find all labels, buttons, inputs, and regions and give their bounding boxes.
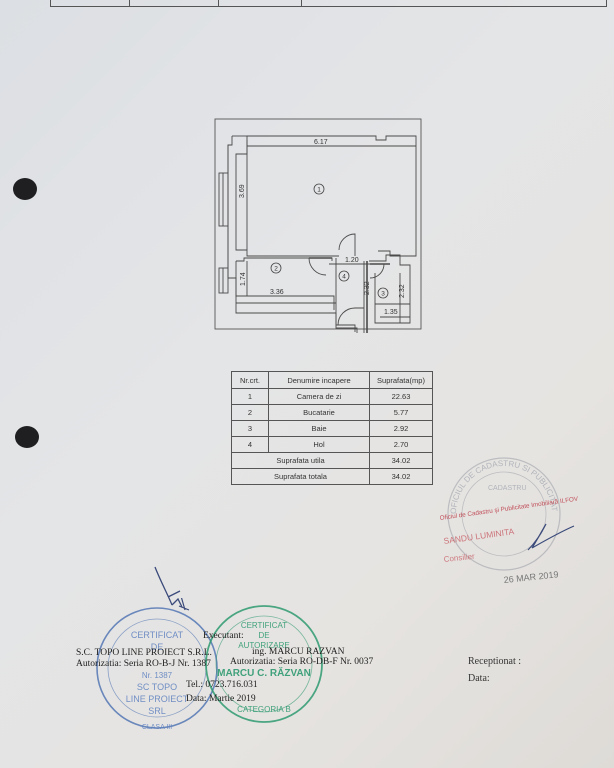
row-name: Bucatarie (269, 405, 370, 421)
row-name: Camera de zi (269, 389, 370, 405)
executant-label: Executant: (203, 631, 244, 641)
row-nr: 3 (232, 421, 269, 437)
dim-height-room1: 3.69 (239, 184, 246, 198)
signature (150, 565, 190, 615)
executant-engineer-auth: Autorizatia: Seria RO-DB-F Nr. 0037 (230, 657, 373, 667)
header-area: Suprafata(mp) (370, 372, 433, 389)
executant-company: S.C. TOPO LINE PROIECT S.R.L. (76, 648, 212, 658)
row-area: 5.77 (370, 405, 433, 421)
top-table-cell (302, 0, 606, 6)
total-row: Suprafata totala 34.02 (232, 469, 433, 485)
top-table-cell (51, 0, 130, 6)
company-stamp-line: LINE PROIECT (126, 694, 189, 704)
ocpi-role: Consilier (443, 552, 475, 564)
executant-engineer: ing. MARCU RAZVAN (252, 647, 344, 657)
punch-hole (13, 178, 37, 200)
person-stamp-line: CERTIFICAT (241, 621, 287, 630)
person-stamp-name: MARCU C. RĂZVAN (217, 666, 311, 679)
table-row: 2 Bucatarie 5.77 (232, 405, 433, 421)
header-nr: Nr.crt. (232, 372, 269, 389)
table-row: 4 Hol 2.70 (232, 437, 433, 453)
row-area: 2.70 (370, 437, 433, 453)
total-label: Suprafata utila (232, 453, 370, 469)
company-stamp-line: CLASA III (142, 724, 172, 731)
row-nr: 1 (232, 389, 269, 405)
top-table-cell (219, 0, 302, 6)
executant-tel: Tel.: 0723.716.031 (186, 680, 258, 690)
total-value: 34.02 (370, 453, 433, 469)
punch-hole (15, 426, 39, 448)
room-label-3: 3 (381, 291, 385, 298)
top-table-cell (130, 0, 219, 6)
total-row: Suprafata utila 34.02 (232, 453, 433, 469)
row-nr: 4 (232, 437, 269, 453)
executant-company-auth: Autorizatia: Seria RO-B-J Nr. 1387 (76, 659, 211, 669)
executant-date: Data: Martie 2019 (186, 694, 256, 704)
room-label-1: 1 (317, 187, 321, 194)
person-stamp-line: DE (258, 631, 269, 640)
dim-width-room1: 6.17 (314, 139, 328, 146)
dim-baie-height: 2.32 (399, 284, 406, 298)
ocpi-signature (528, 524, 574, 550)
total-value: 34.02 (370, 469, 433, 485)
receptie-date-label: Data: (468, 673, 490, 684)
dim-height-room2: 1.74 (240, 272, 247, 286)
row-nr: 2 (232, 405, 269, 421)
dim-width-room2: 3.36 (270, 289, 284, 296)
company-stamp-line: SRL (148, 706, 166, 716)
company-stamp-line: CERTIFICAT (131, 630, 184, 640)
table-row: 3 Baie 2.92 (232, 421, 433, 437)
header-name: Denumire incapere (269, 372, 370, 389)
row-area: 2.92 (370, 421, 433, 437)
room-label-2: 2 (274, 266, 278, 273)
rooms-area-table: Nr.crt. Denumire incapere Suprafata(mp) … (231, 371, 433, 485)
ocpi-name: SANDU LUMINITA (443, 526, 515, 546)
table-row: 1 Camera de zi 22.63 (232, 389, 433, 405)
ocpi-date: 26 MAR 2019 (503, 569, 559, 585)
row-name: Hol (269, 437, 370, 453)
receptionat-label: Receptionat : (468, 656, 521, 667)
row-name: Baie (269, 421, 370, 437)
room-label-4: 4 (342, 274, 346, 281)
top-table-fragment (50, 0, 607, 7)
person-stamp-category: CATEGORIA B (237, 705, 291, 714)
total-label: Suprafata totala (232, 469, 370, 485)
company-stamp-line: Nr. 1387 (142, 671, 173, 680)
floor-plan: 6.17 3.69 1.74 3.36 1.20 2.32 2.32 1.35 … (214, 118, 424, 333)
dim-baie-width: 1.35 (384, 309, 398, 316)
dim-hol-width: 1.20 (345, 257, 359, 264)
ocpi-stamp: OFICIUL DE CADASTRU SI PUBLICITATE IMOBI… (436, 452, 611, 587)
ocpi-inner-text: CADASTRU (488, 485, 527, 492)
row-area: 22.63 (370, 389, 433, 405)
dim-hol-height: 2.32 (364, 281, 371, 295)
company-stamp-line: SC TOPO (137, 682, 177, 692)
